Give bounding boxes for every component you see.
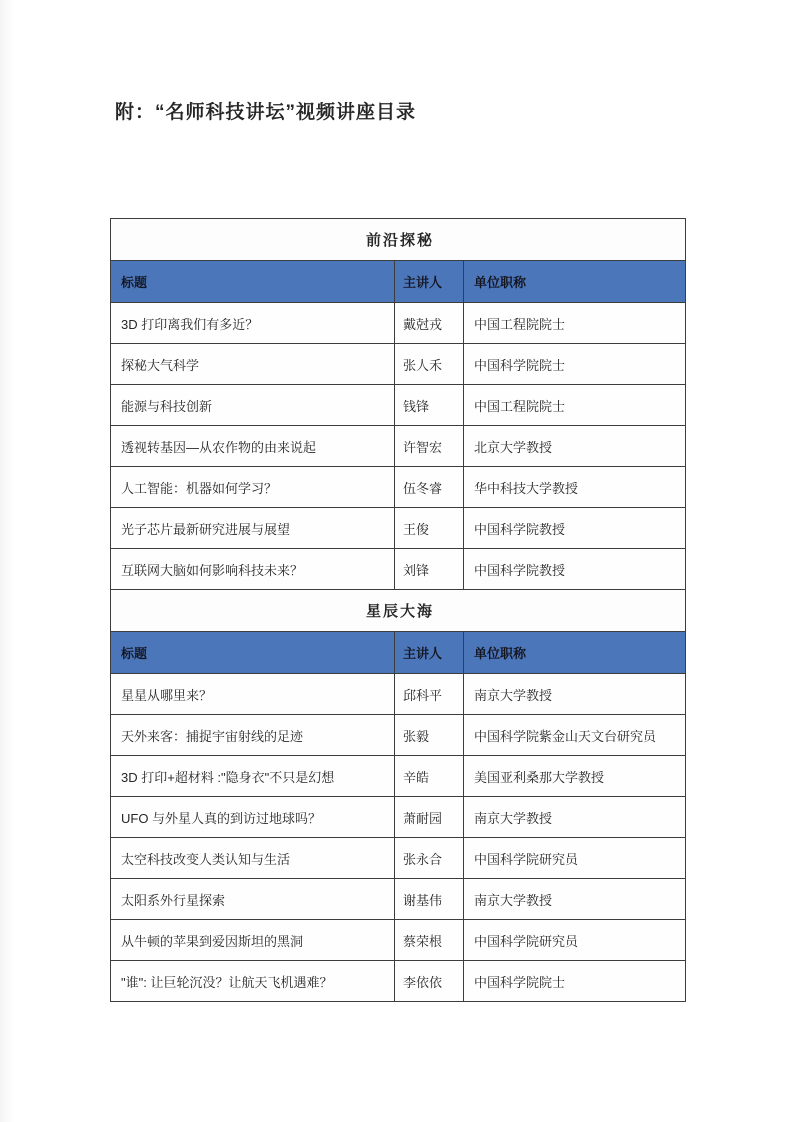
cell-affiliation: 中国科学院紫金山天文台研究员 — [464, 715, 686, 756]
table-row: 从牛顿的苹果到爱因斯坦的黑洞 蔡荣根 中国科学院研究员 — [111, 920, 686, 961]
cell-title: 3D 打印离我们有多近？ — [111, 303, 395, 344]
cell-affiliation: 美国亚利桑那大学教授 — [464, 756, 686, 797]
table-row: UFO 与外星人真的到访过地球吗？ 萧耐园 南京大学教授 — [111, 797, 686, 838]
cell-title: 太阳系外行星探索 — [111, 879, 395, 920]
column-header-speaker: 主讲人 — [395, 632, 464, 674]
cell-title: 星星从哪里来？ — [111, 674, 395, 715]
table-row: 3D 打印+超材料 :"隐身衣"不只是幻想 辛皓 美国亚利桑那大学教授 — [111, 756, 686, 797]
lecture-table: 前沿探秘 标题 主讲人 单位职称 3D 打印离我们有多近？ 戴尅戎 中国工程院院… — [110, 218, 686, 1002]
column-header-row: 标题 主讲人 单位职称 — [111, 632, 686, 674]
column-header-affiliation: 单位职称 — [464, 632, 686, 674]
table-row: 光子芯片最新研究进展与展望 王俊 中国科学院教授 — [111, 508, 686, 549]
cell-title: 能源与科技创新 — [111, 385, 395, 426]
cell-speaker: 李依依 — [395, 961, 464, 1002]
cell-speaker: 萧耐园 — [395, 797, 464, 838]
cell-title: "谁": 让巨轮沉没？让航天飞机遇难？ — [111, 961, 395, 1002]
column-header-title: 标题 — [111, 261, 395, 303]
column-header-affiliation: 单位职称 — [464, 261, 686, 303]
section-row-frontier: 前沿探秘 — [111, 219, 686, 261]
column-header-title: 标题 — [111, 632, 395, 674]
cell-affiliation: 中国工程院院士 — [464, 303, 686, 344]
cell-speaker: 钱锋 — [395, 385, 464, 426]
cell-affiliation: 中国科学院教授 — [464, 508, 686, 549]
cell-speaker: 张永合 — [395, 838, 464, 879]
cell-speaker: 许智宏 — [395, 426, 464, 467]
cell-speaker: 邱科平 — [395, 674, 464, 715]
table-row: 能源与科技创新 钱锋 中国工程院院士 — [111, 385, 686, 426]
column-header-speaker: 主讲人 — [395, 261, 464, 303]
cell-title: 太空科技改变人类认知与生活 — [111, 838, 395, 879]
table-row: 太阳系外行星探索 谢基伟 南京大学教授 — [111, 879, 686, 920]
cell-affiliation: 中国科学院研究员 — [464, 920, 686, 961]
cell-speaker: 谢基伟 — [395, 879, 464, 920]
cell-affiliation: 南京大学教授 — [464, 674, 686, 715]
cell-speaker: 王俊 — [395, 508, 464, 549]
cell-title: 光子芯片最新研究进展与展望 — [111, 508, 395, 549]
cell-title: 天外来客：捕捉宇宙射线的足迹 — [111, 715, 395, 756]
cell-affiliation: 南京大学教授 — [464, 879, 686, 920]
cell-speaker: 戴尅戎 — [395, 303, 464, 344]
document-page: 附：“名师科技讲坛”视频讲座目录 前沿探秘 标题 主讲人 单位职称 3D 打印离… — [0, 0, 793, 1122]
cell-speaker: 刘锋 — [395, 549, 464, 590]
cell-speaker: 张人禾 — [395, 344, 464, 385]
cell-title: 互联网大脑如何影响科技未来？ — [111, 549, 395, 590]
page-title: 附：“名师科技讲坛”视频讲座目录 — [115, 97, 416, 124]
table-row: 太空科技改变人类认知与生活 张永合 中国科学院研究员 — [111, 838, 686, 879]
table-row: 透视转基因—从农作物的由来说起 许智宏 北京大学教授 — [111, 426, 686, 467]
cell-title: 从牛顿的苹果到爱因斯坦的黑洞 — [111, 920, 395, 961]
table-row: 人工智能：机器如何学习？ 伍冬睿 华中科技大学教授 — [111, 467, 686, 508]
section-row-stars: 星辰大海 — [111, 590, 686, 632]
cell-affiliation: 北京大学教授 — [464, 426, 686, 467]
cell-title: 3D 打印+超材料 :"隐身衣"不只是幻想 — [111, 756, 395, 797]
cell-affiliation: 南京大学教授 — [464, 797, 686, 838]
column-header-row: 标题 主讲人 单位职称 — [111, 261, 686, 303]
table-row: 3D 打印离我们有多近？ 戴尅戎 中国工程院院士 — [111, 303, 686, 344]
cell-affiliation: 中国科学院教授 — [464, 549, 686, 590]
cell-affiliation: 中国工程院院士 — [464, 385, 686, 426]
section-header-stars: 星辰大海 — [111, 590, 686, 632]
section-header-frontier: 前沿探秘 — [111, 219, 686, 261]
cell-title: 人工智能：机器如何学习？ — [111, 467, 395, 508]
table-row: "谁": 让巨轮沉没？让航天飞机遇难？ 李依依 中国科学院院士 — [111, 961, 686, 1002]
table-row: 星星从哪里来？ 邱科平 南京大学教授 — [111, 674, 686, 715]
cell-speaker: 伍冬睿 — [395, 467, 464, 508]
cell-affiliation: 中国科学院院士 — [464, 344, 686, 385]
cell-speaker: 蔡荣根 — [395, 920, 464, 961]
cell-title: UFO 与外星人真的到访过地球吗？ — [111, 797, 395, 838]
cell-title: 探秘大气科学 — [111, 344, 395, 385]
table-row: 天外来客：捕捉宇宙射线的足迹 张毅 中国科学院紫金山天文台研究员 — [111, 715, 686, 756]
cell-title: 透视转基因—从农作物的由来说起 — [111, 426, 395, 467]
cell-speaker: 张毅 — [395, 715, 464, 756]
cell-affiliation: 中国科学院研究员 — [464, 838, 686, 879]
cell-affiliation: 华中科技大学教授 — [464, 467, 686, 508]
cell-affiliation: 中国科学院院士 — [464, 961, 686, 1002]
table-row: 互联网大脑如何影响科技未来？ 刘锋 中国科学院教授 — [111, 549, 686, 590]
table-row: 探秘大气科学 张人禾 中国科学院院士 — [111, 344, 686, 385]
cell-speaker: 辛皓 — [395, 756, 464, 797]
